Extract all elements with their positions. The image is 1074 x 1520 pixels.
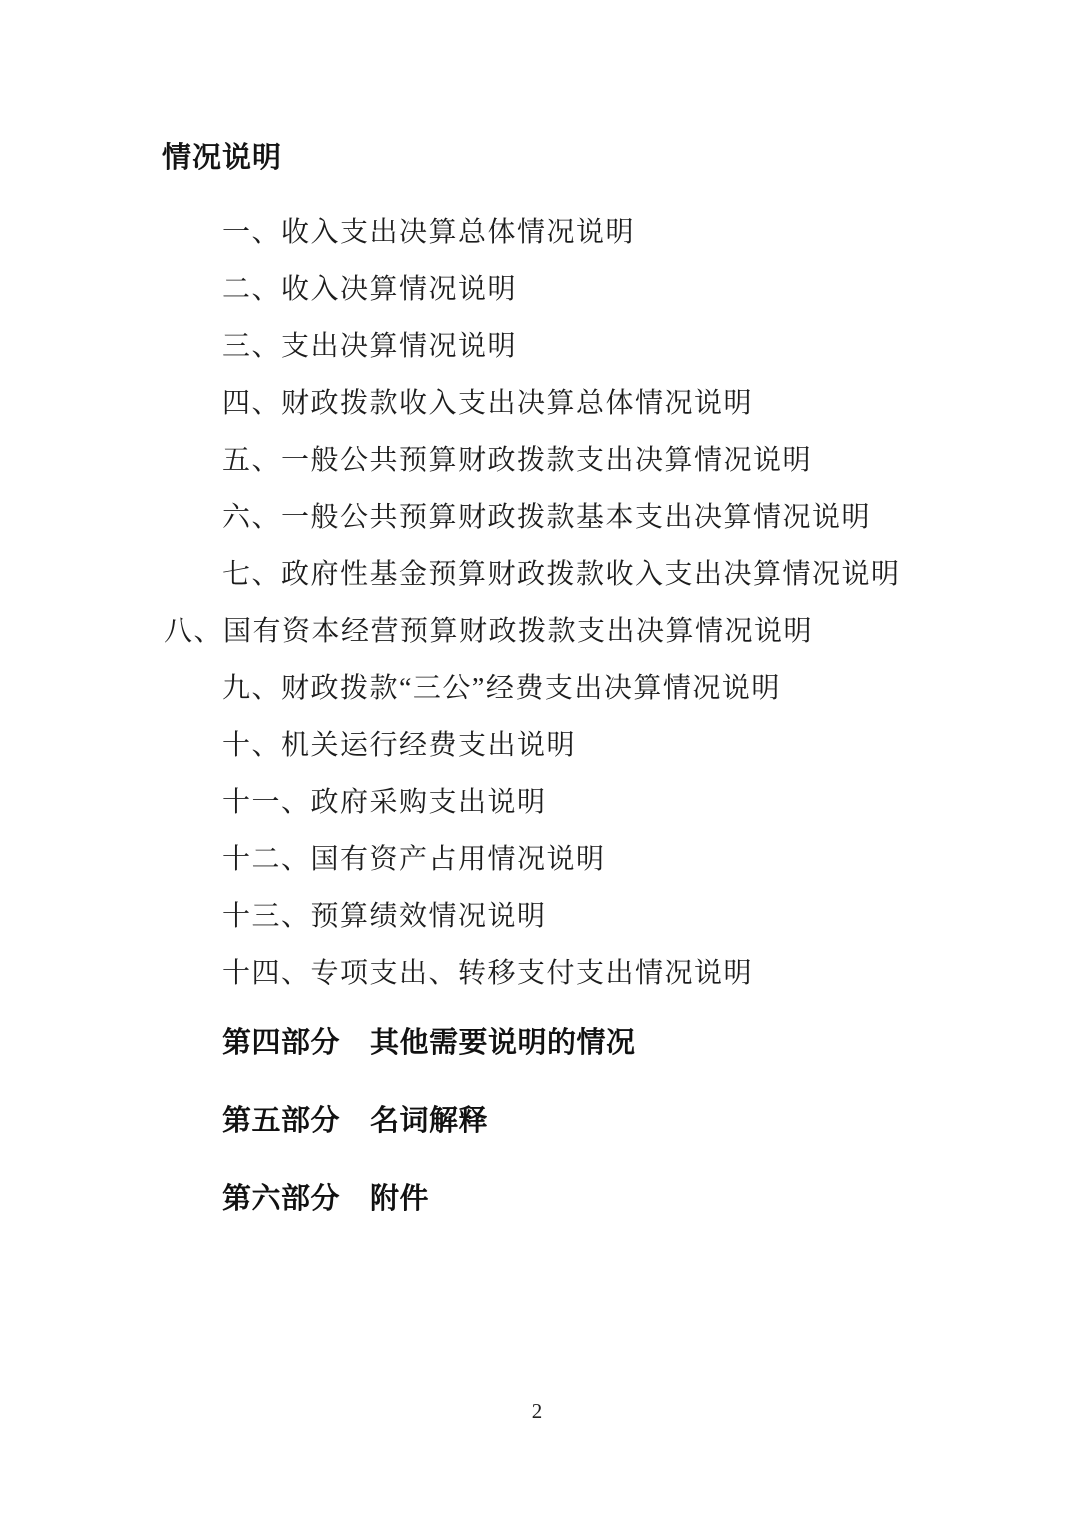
toc-item-14: 十四、专项支出、转移支付支出情况说明 — [164, 945, 944, 1002]
part-5-label: 第五部分 — [222, 1105, 340, 1137]
toc-item-13: 十三、预算绩效情况说明 — [164, 888, 944, 945]
page-number: 2 — [0, 1399, 1074, 1424]
part-4-title: 其他需要说明的情况 — [370, 1027, 636, 1059]
toc-item-10: 十、机关运行经费支出说明 — [164, 717, 944, 774]
toc-item-1: 一、收入支出决算总体情况说明 — [164, 204, 944, 261]
document-page: 情况说明 一、收入支出决算总体情况说明 二、收入决算情况说明 三、支出决算情况说… — [0, 0, 1074, 1520]
part-6-label: 第六部分 — [222, 1183, 340, 1215]
toc-item-9: 九、财政拨款“三公”经费支出决算情况说明 — [164, 660, 944, 717]
toc-item-8: 八、国有资本经营预算财政拨款支出决算情况说明 — [164, 603, 944, 660]
toc-list: 一、收入支出决算总体情况说明 二、收入决算情况说明 三、支出决算情况说明 四、财… — [164, 204, 944, 1002]
toc-item-12: 十二、国有资产占用情况说明 — [164, 831, 944, 888]
toc-item-4: 四、财政拨款收入支出决算总体情况说明 — [164, 375, 944, 432]
part-heading-4: 第四部分其他需要说明的情况 — [222, 1023, 636, 1063]
page-title: 情况说明 — [162, 140, 282, 176]
part-6-title: 附件 — [370, 1183, 429, 1215]
part-4-label: 第四部分 — [222, 1027, 340, 1059]
toc-item-5: 五、一般公共预算财政拨款支出决算情况说明 — [164, 432, 944, 489]
toc-item-3: 三、支出决算情况说明 — [164, 318, 944, 375]
toc-item-6: 六、一般公共预算财政拨款基本支出决算情况说明 — [164, 489, 944, 546]
toc-item-11: 十一、政府采购支出说明 — [164, 774, 944, 831]
part-heading-6: 第六部分附件 — [222, 1179, 429, 1219]
part-heading-5: 第五部分名词解释 — [222, 1101, 488, 1141]
toc-item-2: 二、收入决算情况说明 — [164, 261, 944, 318]
toc-item-7: 七、政府性基金预算财政拨款收入支出决算情况说明 — [164, 546, 944, 603]
part-5-title: 名词解释 — [370, 1105, 488, 1137]
